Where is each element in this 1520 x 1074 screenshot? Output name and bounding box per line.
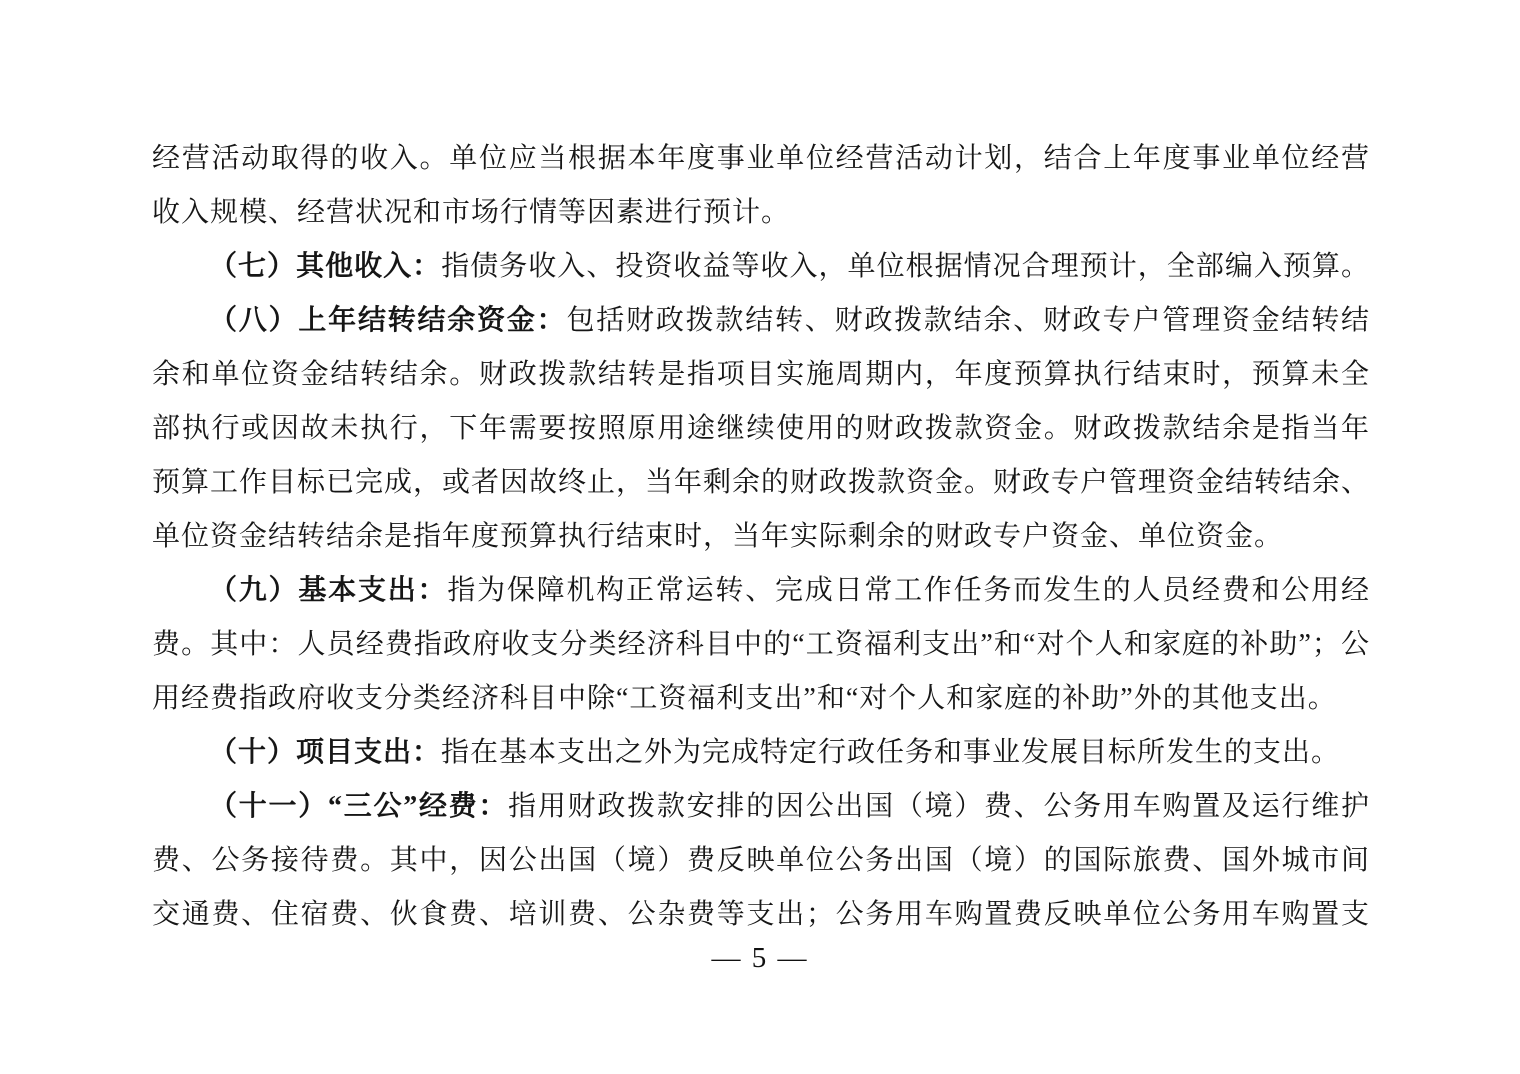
paragraph-text: 指用财政拨款安排的因公出国（境）费、公务用车购置及运行维护 [508, 791, 1370, 822]
paragraph-text: 指在基本支出之外为完成特定行政任务和事业发展目标所发生的支出。 [441, 737, 1340, 768]
paragraph-text: 余和单位资金结转结余。财政拨款结转是指项目实施周期内，年度预算执行结束时，预算未… [152, 359, 1370, 390]
paragraph-text: 收入规模、经营状况和市场行情等因素进行预计。 [152, 197, 790, 228]
text-line: （八）上年结转结余资金：包括财政拨款结转、财政拨款结余、财政专户管理资金结转结 [152, 294, 1370, 348]
text-line: 交通费、住宿费、伙食费、培训费、公杂费等支出；公务用车购置费反映单位公务用车购置… [152, 888, 1370, 942]
page-footer: — 5 — [0, 938, 1520, 978]
paragraph-lead: （八）上年结转结余资金： [209, 305, 566, 336]
paragraph-lead: （十一）“三公”经费： [209, 791, 508, 822]
paragraph-lead: （九）基本支出： [209, 575, 447, 606]
page-number: — 5 — [712, 942, 809, 974]
paragraph-text: 费。其中：人员经费指政府收支分类经济科目中的“工资福利支出”和“对个人和家庭的补… [152, 629, 1370, 660]
paragraph-text: 包括财政拨款结转、财政拨款结余、财政专户管理资金结转结 [566, 305, 1370, 336]
text-line: 费。其中：人员经费指政府收支分类经济科目中的“工资福利支出”和“对个人和家庭的补… [152, 618, 1370, 672]
paragraph-lead: （十）项目支出： [209, 737, 441, 768]
text-line: （十一）“三公”经费：指用财政拨款安排的因公出国（境）费、公务用车购置及运行维护 [152, 780, 1370, 834]
text-line: 单位资金结转结余是指年度预算执行结束时，当年实际剩余的财政专户资金、单位资金。 [152, 510, 1370, 564]
paragraph-text: 指为保障机构正常运转、完成日常工作任务而发生的人员经费和公用经 [447, 575, 1370, 606]
paragraph-text: 用经费指政府收支分类经济科目中除“工资福利支出”和“对个人和家庭的补助”外的其他… [152, 683, 1337, 714]
paragraph-text: 单位资金结转结余是指年度预算执行结束时，当年实际剩余的财政专户资金、单位资金。 [152, 521, 1283, 552]
text-line: （十）项目支出：指在基本支出之外为完成特定行政任务和事业发展目标所发生的支出。 [152, 726, 1370, 780]
paragraph-text: 预算工作目标已完成，或者因故终止，当年剩余的财政拨款资金。财政专户管理资金结转结… [152, 467, 1370, 498]
paragraph-text: 部执行或因故未执行，下年需要按照原用途继续使用的财政拨款资金。财政拨款结余是指当… [152, 413, 1370, 444]
text-line: 部执行或因故未执行，下年需要按照原用途继续使用的财政拨款资金。财政拨款结余是指当… [152, 402, 1370, 456]
paragraph-text: 费、公务接待费。其中，因公出国（境）费反映单位公务出国（境）的国际旅费、国外城市… [152, 845, 1370, 876]
paragraph-text: 经营活动取得的收入。单位应当根据本年度事业单位经营活动计划，结合上年度事业单位经… [152, 143, 1370, 174]
paragraph-text: 指债务收入、投资收益等收入，单位根据情况合理预计，全部编入预算。 [441, 251, 1370, 282]
document-page: 经营活动取得的收入。单位应当根据本年度事业单位经营活动计划，结合上年度事业单位经… [0, 0, 1520, 1074]
document-body: 经营活动取得的收入。单位应当根据本年度事业单位经营活动计划，结合上年度事业单位经… [152, 132, 1370, 942]
text-line: 收入规模、经营状况和市场行情等因素进行预计。 [152, 186, 1370, 240]
text-line: 经营活动取得的收入。单位应当根据本年度事业单位经营活动计划，结合上年度事业单位经… [152, 132, 1370, 186]
text-line: 费、公务接待费。其中，因公出国（境）费反映单位公务出国（境）的国际旅费、国外城市… [152, 834, 1370, 888]
paragraph-lead: （七）其他收入： [209, 251, 441, 282]
text-line: （七）其他收入：指债务收入、投资收益等收入，单位根据情况合理预计，全部编入预算。 [152, 240, 1370, 294]
text-line: 用经费指政府收支分类经济科目中除“工资福利支出”和“对个人和家庭的补助”外的其他… [152, 672, 1370, 726]
text-line: （九）基本支出：指为保障机构正常运转、完成日常工作任务而发生的人员经费和公用经 [152, 564, 1370, 618]
paragraph-text: 交通费、住宿费、伙食费、培训费、公杂费等支出；公务用车购置费反映单位公务用车购置… [152, 899, 1370, 930]
text-line: 预算工作目标已完成，或者因故终止，当年剩余的财政拨款资金。财政专户管理资金结转结… [152, 456, 1370, 510]
text-line: 余和单位资金结转结余。财政拨款结转是指项目实施周期内，年度预算执行结束时，预算未… [152, 348, 1370, 402]
